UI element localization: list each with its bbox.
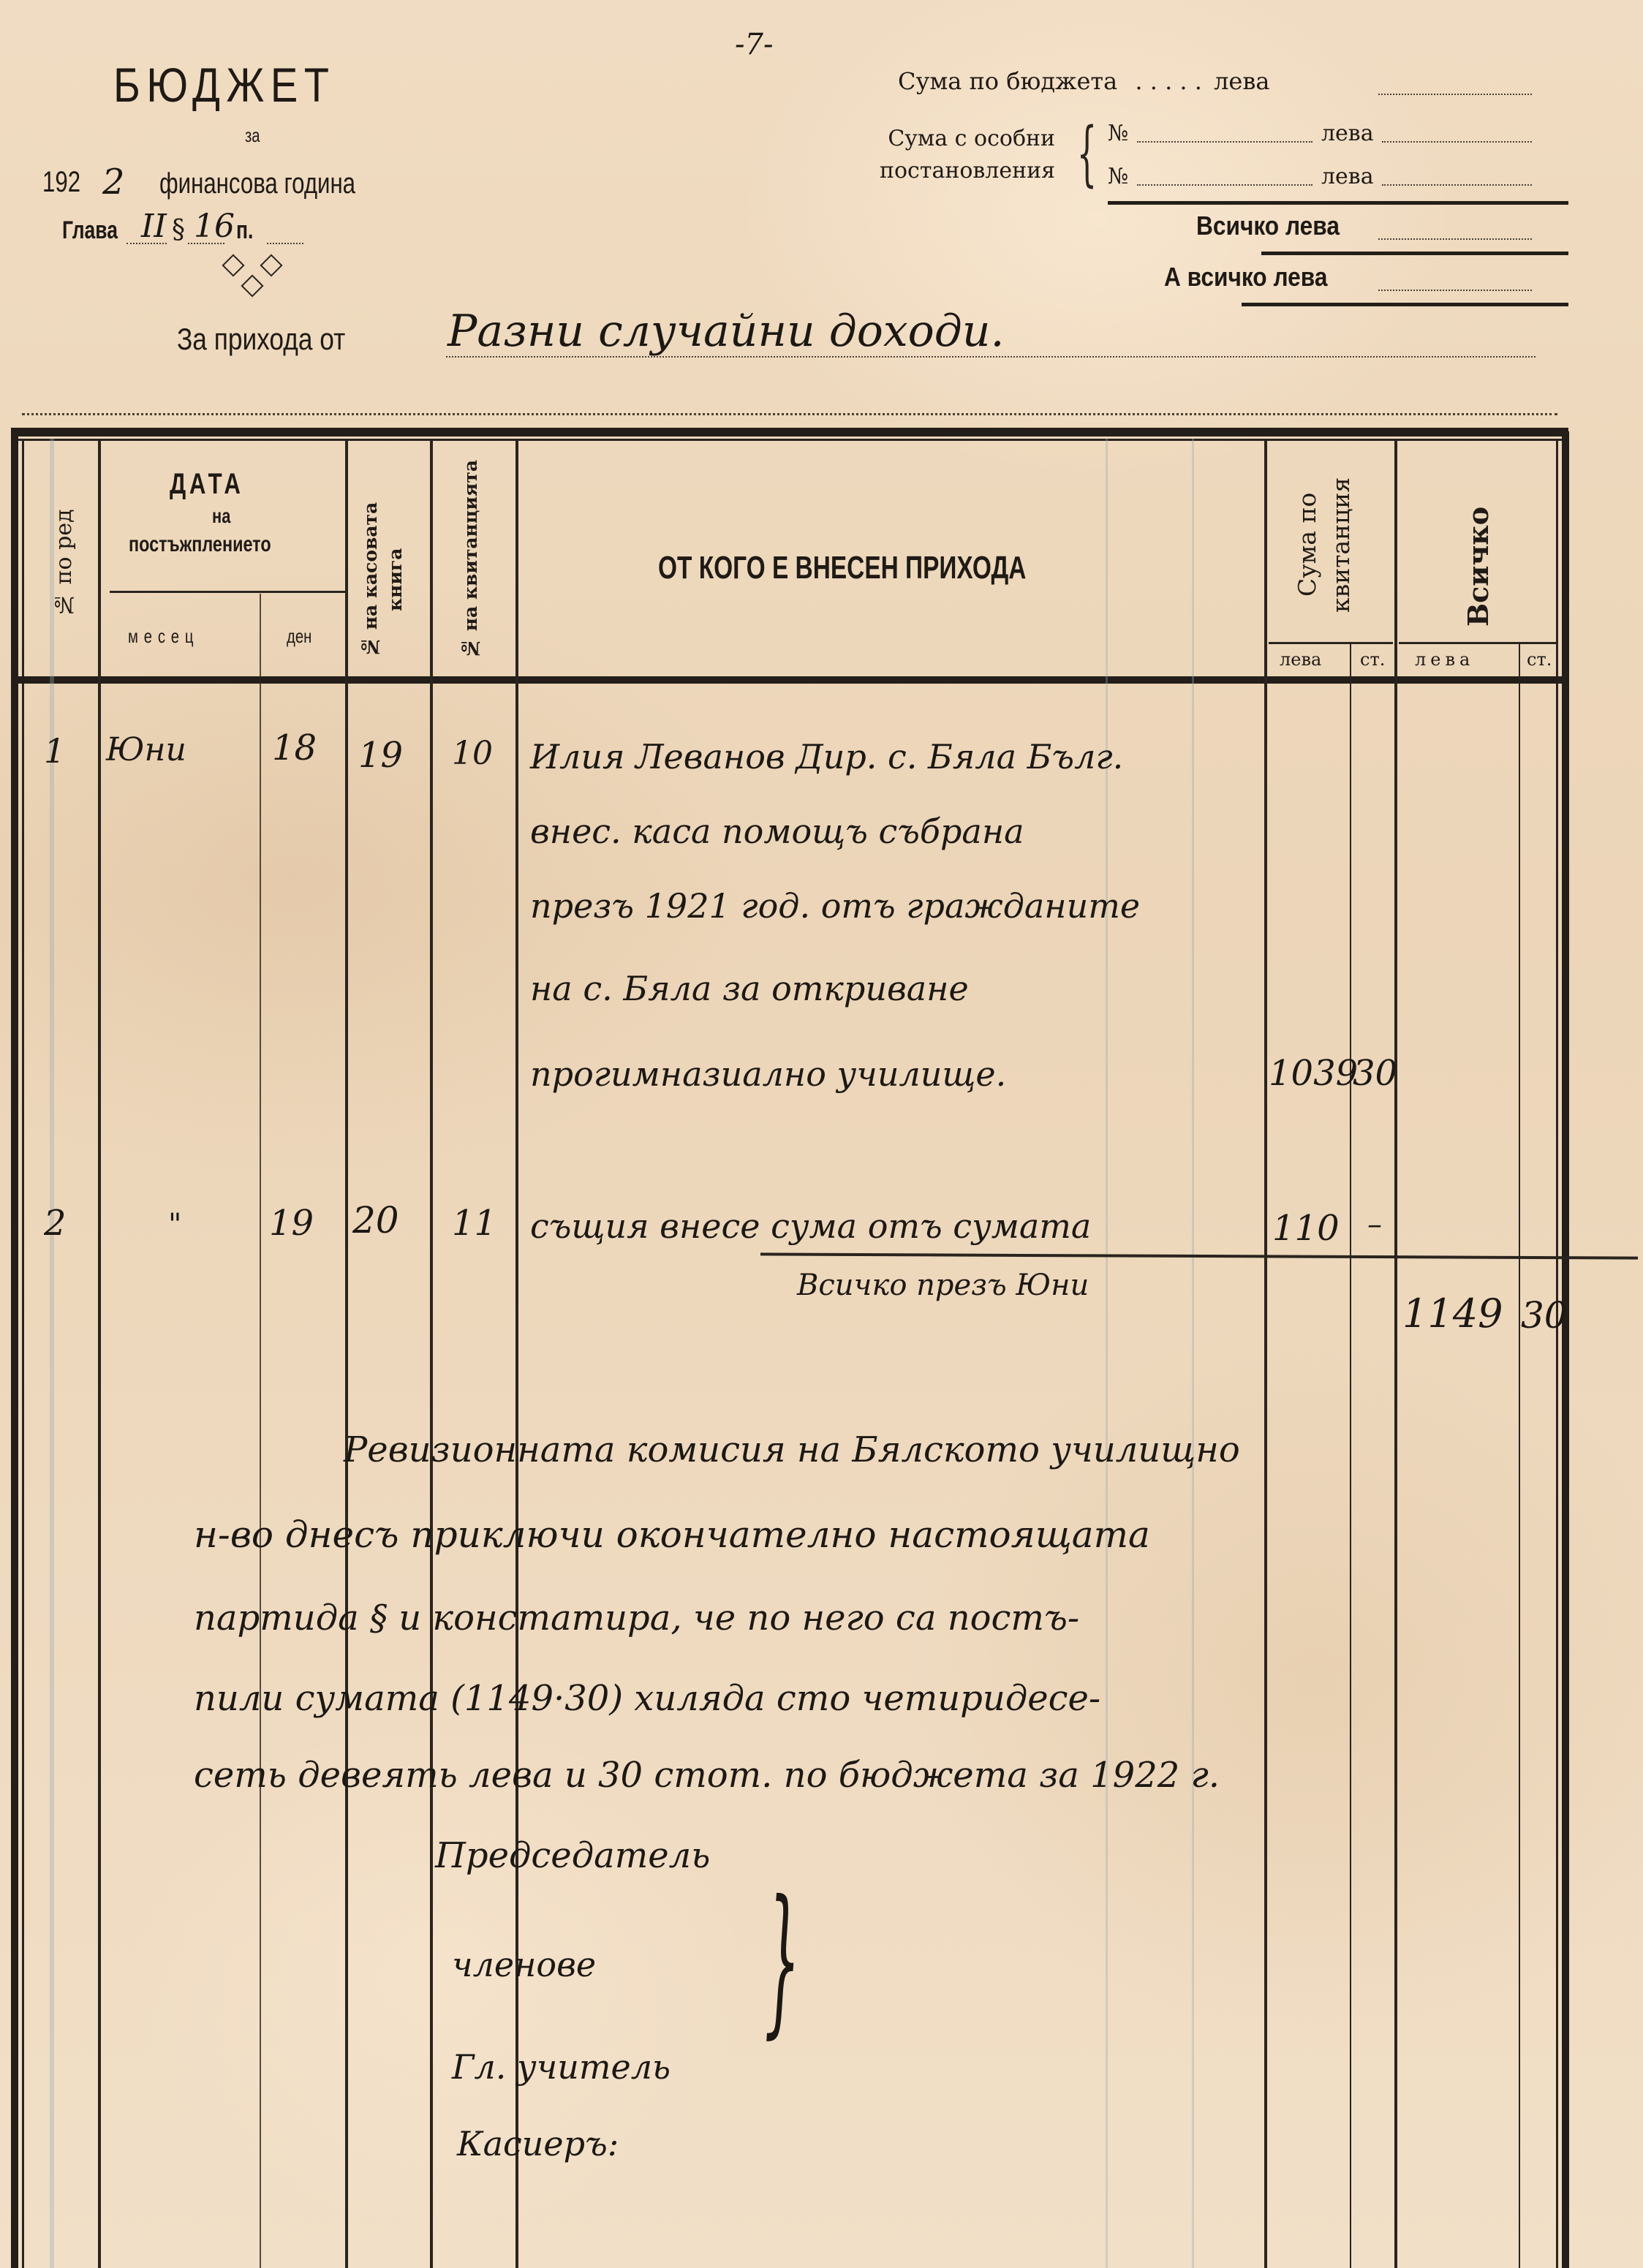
header-total-st: ст. (1527, 649, 1552, 670)
table-top-border (11, 428, 1568, 436)
signature-members: членове (452, 1945, 596, 1984)
fiscal-year-line: 192 2 финансова година (42, 165, 481, 201)
row-cash-book: 20 (352, 1199, 399, 1241)
budget-sum-label: Сума по бюджета . . . . . лева (898, 67, 1269, 95)
header-cash-book: № на касовата книга (358, 483, 417, 676)
special-number-field-1 (1137, 141, 1312, 143)
ornament-diamond-icon (222, 254, 244, 276)
table-left-border (11, 431, 18, 2268)
subtotal-label: Всичко презъ Юни (797, 1269, 1089, 1302)
row-description-line: прогимназиално училище. (530, 1054, 1006, 1094)
point-value-field (267, 243, 303, 244)
subtotal-total-leva: 1149 (1402, 1290, 1503, 1337)
special-amount-field-1 (1382, 141, 1532, 143)
year-printed: 192 (42, 166, 80, 199)
row-number: 1 (44, 731, 65, 771)
brace-icon: { (1077, 117, 1097, 190)
paragraph-symbol: § (172, 215, 185, 245)
year-handwritten: 2 (102, 162, 125, 203)
paragraph-value: 16 (194, 208, 235, 245)
signature-head-teacher: Гл. учитель (452, 2047, 671, 2087)
signature-cashier: Касиеръ: (457, 2124, 619, 2163)
page-marker: -7- (735, 28, 773, 61)
row-description-line: внес. каса помощъ събрана (530, 812, 1024, 851)
header-day: ден (287, 625, 311, 648)
ornament-diamond-icon (260, 254, 282, 276)
point-label: п. (236, 216, 253, 245)
chapter-value: II (141, 208, 167, 245)
row-description-line: същия внесе сума отъ сумата (530, 1206, 1091, 1246)
audit-note-line: пили сумата (1149·30) хиляда сто четирид… (194, 1678, 1100, 1719)
grand-total-field (1378, 290, 1532, 291)
signature-chairman: Председатель (435, 1835, 710, 1876)
total-underline (1261, 252, 1568, 255)
row-description-line: Илия Леванов Дир. с. Бяла Бълг. (530, 737, 1123, 776)
chapter-label: Глава (62, 216, 118, 245)
audit-note-line: Ревизионната комисия на Бялското училищн… (344, 1429, 1240, 1470)
header-total: Всичко (1462, 497, 1495, 636)
special-amount-field-2 (1382, 184, 1532, 186)
fiscal-year-label: финансова година (159, 167, 355, 200)
special-sum-label: Сума с особни постановления (839, 123, 1055, 187)
subtotal-total-st: 30 (1521, 1294, 1568, 1337)
budget-sum-currency: лева (1214, 67, 1269, 95)
row-receipt: 10 (452, 735, 493, 772)
header-row-number: № по ред (50, 468, 79, 658)
audit-note-line: сеть девеять лева и 30 стот. по бюджета … (194, 1755, 1220, 1796)
special-number-field-2 (1137, 184, 1312, 186)
chapter-line: Глава II § 16 п. (62, 212, 457, 256)
header-month: месец (128, 625, 199, 648)
header-separator (22, 413, 1557, 415)
header-date-na: на (212, 504, 230, 528)
audit-note-line: партида § и констатира, че по него са по… (194, 1598, 1079, 1638)
row-number: 2 (44, 1203, 67, 1244)
row-amount-st: – (1367, 1208, 1382, 1241)
header-receipt-sum: Сума по квитанция (1291, 453, 1371, 636)
header-receipt-leva: лева (1280, 649, 1321, 670)
row-cash-book: 19 (358, 735, 403, 776)
ornament-diamond-icon (241, 274, 263, 297)
budget-sum-field (1378, 94, 1532, 95)
income-from-value: Разни случайни доходи. (447, 306, 1005, 357)
za-label: за (245, 124, 260, 147)
row-day: 18 (272, 727, 317, 768)
subtotal-rule (760, 1252, 1638, 1259)
audit-note-line: н-во днесъ приключи окончателно настояща… (194, 1513, 1150, 1556)
special-row-2: № лева (1108, 164, 1532, 193)
row-description-line: на с. Бяла за откриване (530, 969, 969, 1008)
row-description-line: презъ 1921 год. отъ гражданите (530, 886, 1140, 926)
row-receipt: 11 (452, 1203, 496, 1244)
header-receipt-no: № на квитанцията (456, 450, 486, 669)
row-amount-st: 30 (1353, 1053, 1397, 1094)
budget-title: БЮДЖЕТ (113, 57, 336, 113)
row-month: Юни (106, 731, 186, 768)
table-right-border (1562, 431, 1569, 2268)
total-label: Всичко лева (1196, 211, 1340, 241)
grand-total-label: А всичко лева (1164, 262, 1327, 292)
header-date-title: ДАТА (170, 468, 244, 501)
row-month: " (168, 1208, 181, 1241)
header-bottom-border (16, 676, 1566, 684)
special-row-1: № лева (1108, 121, 1532, 150)
row-amount-leva: 110 (1272, 1208, 1340, 1249)
header-from-whom: ОТ КОГО Е ВНЕСЕН ПРИХОДА (658, 550, 1026, 586)
special-sum-underline (1108, 201, 1568, 205)
row-amount-leva: 1039 (1269, 1053, 1358, 1094)
row-day: 19 (269, 1203, 314, 1244)
header-total-leva: лева (1415, 649, 1474, 670)
grand-total-underline (1242, 303, 1568, 306)
income-from-label: За прихода от (177, 322, 345, 357)
total-field (1378, 238, 1532, 240)
header-receipt-st: ст. (1360, 649, 1385, 670)
signature-brace-icon: } (764, 1872, 800, 2047)
header-date-sub: постъжплението (129, 532, 271, 557)
